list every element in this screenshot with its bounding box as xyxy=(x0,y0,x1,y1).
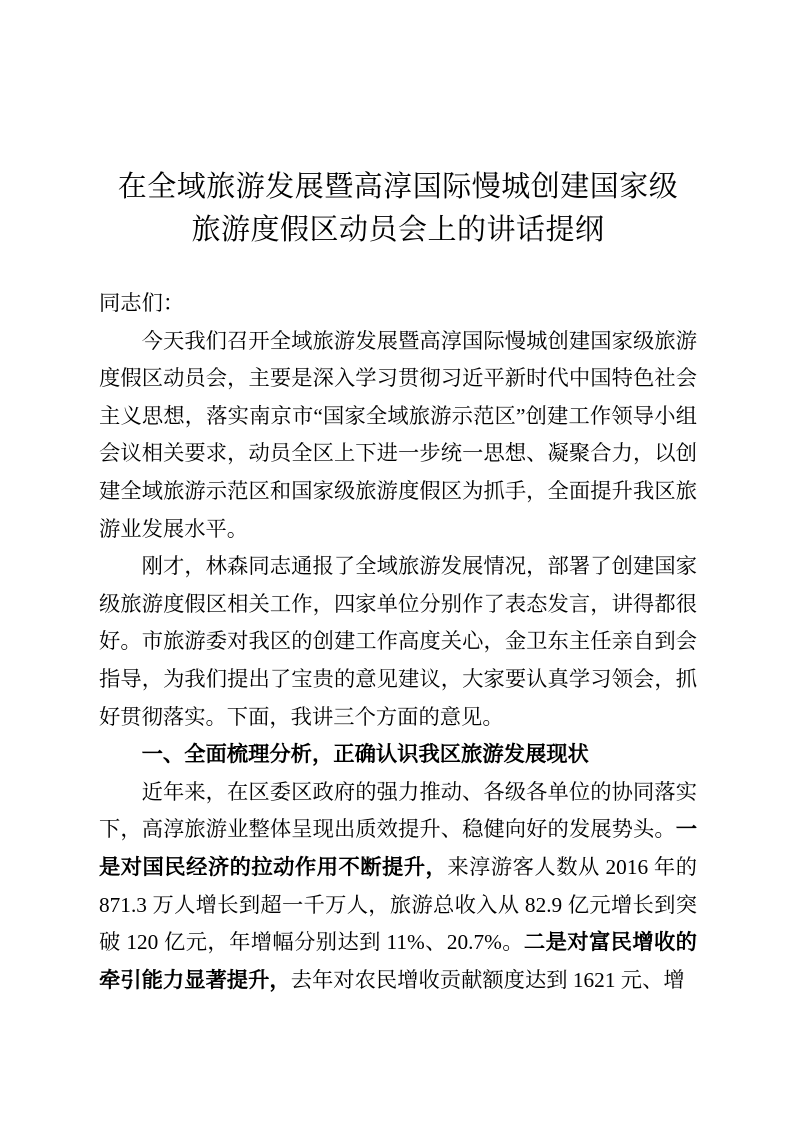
paragraph-3: 近年来，在区委区政府的强力推动、各级各单位的协同落实下，高淳旅游业整体呈现出质效… xyxy=(99,774,697,1000)
document-content: 在全域旅游发展暨高淳国际慢城创建国家级 旅游度假区动员会上的讲话提纲 同志们： … xyxy=(99,0,697,999)
document-body: 同志们： 今天我们召开全域旅游发展暨高淳国际慢城创建国家级旅游度假区动员会，主要… xyxy=(99,285,697,999)
paragraph-3-run-1: 近年来，在区委区政府的强力推动、各级各单位的协同落实下，高淳旅游业整体呈现出质效… xyxy=(99,780,697,842)
document-title-line-1: 在全域旅游发展暨高淳国际慢城创建国家级 xyxy=(99,166,697,209)
document-title: 在全域旅游发展暨高淳国际慢城创建国家级 旅游度假区动员会上的讲话提纲 xyxy=(99,166,697,252)
section-heading-1: 一、全面梳理分析，正确认识我区旅游发展现状 xyxy=(99,736,697,774)
paragraph-2: 刚才，林森同志通报了全域旅游发展情况，部署了创建国家级旅游度假区相关工作，四家单… xyxy=(99,548,697,736)
document-title-line-2: 旅游度假区动员会上的讲话提纲 xyxy=(99,209,697,252)
paragraph-1: 今天我们召开全域旅游发展暨高淳国际慢城创建国家级旅游度假区动员会，主要是深入学习… xyxy=(99,323,697,549)
paragraph-3-run-3: 去年对农民增收贡献额度达到 1621 元、增 xyxy=(291,968,685,992)
salutation: 同志们： xyxy=(99,285,697,323)
document-page: 在全域旅游发展暨高淳国际慢城创建国家级 旅游度假区动员会上的讲话提纲 同志们： … xyxy=(0,0,793,1122)
